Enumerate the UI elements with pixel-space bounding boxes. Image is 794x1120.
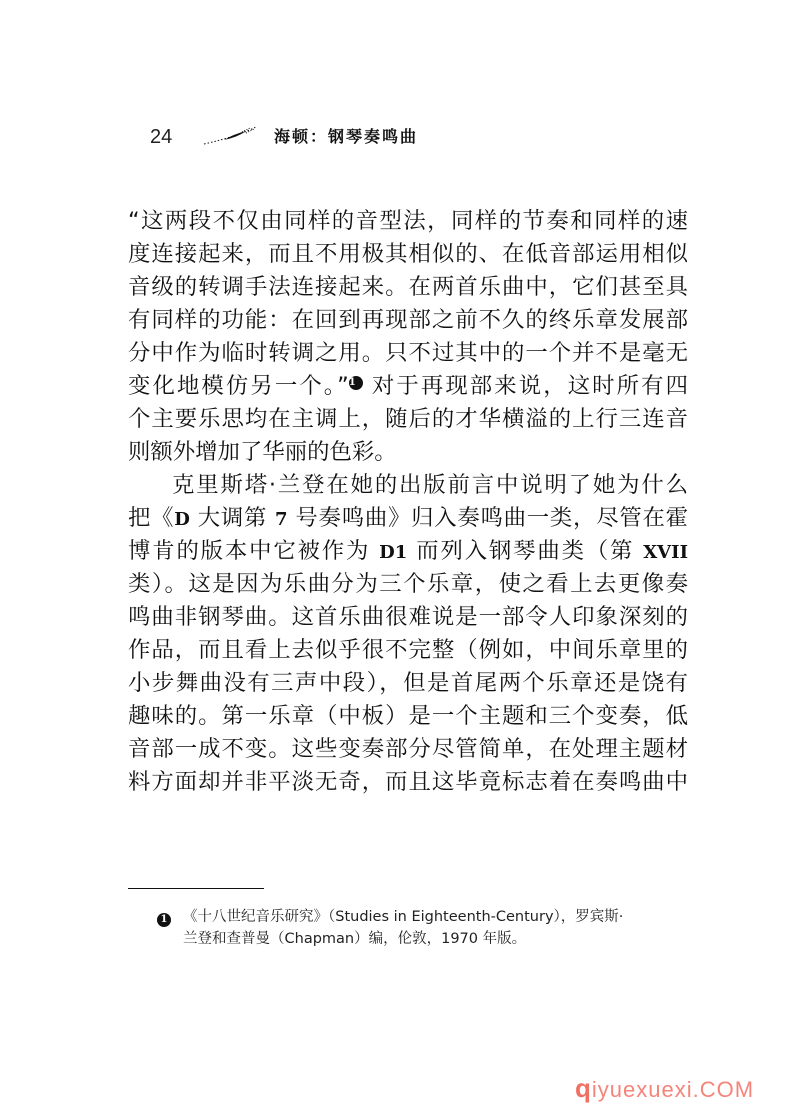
text-line: 变化地模仿另一个。”1 对于再现部来说，这时所有四 bbox=[128, 370, 688, 403]
footnote-marker: 1 bbox=[157, 913, 171, 927]
text-line: 音部一成不变。这些变奏部分尽管简单，在处理主题材 bbox=[128, 733, 688, 766]
text-line: 趣味的。第一乐章（中板）是一个主题和三个变奏，低 bbox=[128, 700, 688, 733]
text-line: 鸣曲非钢琴曲。这首乐曲很难说是一部令人印象深刻的 bbox=[128, 601, 688, 634]
footnote-line: 兰登和查普曼（Chapman）编，伦敦，1970 年版。 bbox=[183, 928, 686, 950]
text-line: 分中作为临时转调之用。只不过其中的一个并不是毫无 bbox=[128, 337, 688, 370]
paragraph-landon: 克里斯塔·兰登在她的出版前言中说明了她为什么 把《D 大调第 7 号奏鸣曲》归入… bbox=[128, 469, 688, 799]
text-line: 音级的转调手法连接起来。在两首乐曲中，它们甚至具 bbox=[128, 271, 688, 304]
text-segment: 号奏鸣曲》归入奏鸣曲一类，尽管在霍 bbox=[288, 505, 688, 531]
text-line: 类）。这是因为乐曲分为三个乐章，使之看上去更像奏 bbox=[128, 568, 688, 601]
sonata-number: 7 bbox=[275, 509, 288, 530]
text-segment: 把《 bbox=[128, 505, 174, 531]
quill-flourish-icon bbox=[202, 126, 258, 146]
running-title: 海顿：钢琴奏鸣曲 bbox=[274, 124, 418, 150]
text-line: 个主要乐思均在主调上，随后的才华横溢的上行三连音 bbox=[128, 403, 688, 436]
text-segment: 大调第 bbox=[190, 505, 275, 531]
text-line: 小步舞曲没有三声中段），但是首尾两个乐章还是饶有 bbox=[128, 667, 688, 700]
text-line: 作品，而且看上去似乎很不完整（例如，中间乐章里的 bbox=[128, 634, 688, 667]
watermark-logo-icon: q bbox=[575, 1073, 592, 1103]
roman-numeral: XVII bbox=[643, 542, 688, 563]
text-line: 博肯的版本中它被作为 D1 而列入钢琴曲类（第 XVII bbox=[128, 535, 688, 568]
footnote-line: 《十八世纪音乐研究》（Studies in Eighteenth-Century… bbox=[183, 906, 686, 928]
page-header: 24 海顿：钢琴奏鸣曲 bbox=[150, 124, 490, 150]
text-segment: 变化地模仿另一个。” bbox=[128, 373, 349, 399]
footnote: 1 《十八世纪音乐研究》（Studies in Eighteenth-Centu… bbox=[166, 906, 686, 950]
text-line: 度连接起来，而且不用极其相似的、在低音部运用相似 bbox=[128, 238, 688, 271]
text-line: 料方面却并非平淡无奇，而且这毕竟标志着在奏鸣曲中 bbox=[128, 766, 688, 799]
watermark: qiyuexuexi.COM bbox=[575, 1073, 754, 1104]
text-segment: 博肯的版本中它被作为 bbox=[128, 538, 379, 564]
text-line: 把《D 大调第 7 号奏鸣曲》归入奏鸣曲一类，尽管在霍 bbox=[128, 502, 688, 535]
paragraph-quote: “这两段不仅由同样的音型法，同样的节奏和同样的速 度连接起来，而且不用极其相似的… bbox=[128, 205, 688, 469]
page-number: 24 bbox=[150, 124, 172, 150]
body-text: “这两段不仅由同样的音型法，同样的节奏和同样的速 度连接起来，而且不用极其相似的… bbox=[128, 205, 688, 799]
footnote-reference-marker[interactable]: 1 bbox=[349, 376, 363, 390]
text-line: “这两段不仅由同样的音型法，同样的节奏和同样的速 bbox=[128, 205, 688, 238]
key-letter: D bbox=[174, 509, 190, 530]
text-line: 克里斯塔·兰登在她的出版前言中说明了她为什么 bbox=[128, 469, 688, 502]
catalog-number: D1 bbox=[379, 542, 407, 563]
text-segment: 而列入钢琴曲类（第 bbox=[407, 538, 643, 564]
text-segment: 对于再现部来说，这时所有四 bbox=[363, 373, 688, 399]
footnote-divider bbox=[128, 888, 264, 889]
watermark-text: iyuexuexi.COM bbox=[592, 1077, 754, 1102]
text-line: 有同样的功能：在回到再现部之前不久的终乐章发展部 bbox=[128, 304, 688, 337]
text-line: 则额外增加了华丽的色彩。 bbox=[128, 436, 688, 469]
